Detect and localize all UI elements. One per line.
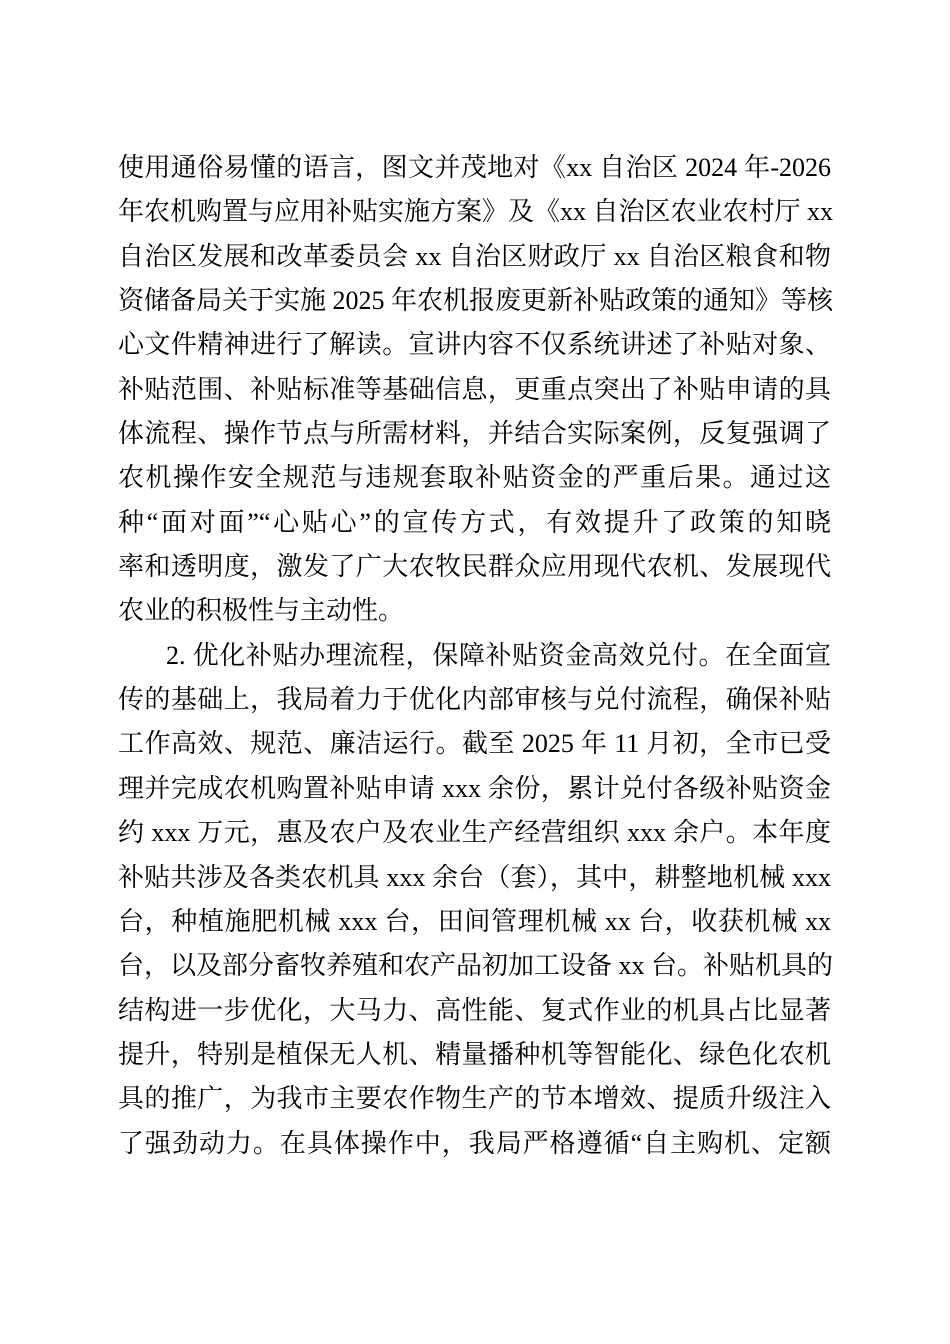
text-line: 种“面对面”“心贴心”的宣传方式，有效提升了政策的知晓 (118, 501, 831, 545)
document-page: 使用通俗易懂的语言，图文并茂地对《xx 自治区 2024 年-2026年农机购置… (0, 0, 950, 1344)
document-body: 使用通俗易懂的语言，图文并茂地对《xx 自治区 2024 年-2026年农机购置… (118, 146, 831, 1166)
text-line: 心文件精神进行了解读。宣讲内容不仅系统讲述了补贴对象、 (118, 323, 831, 367)
text-line: 2. 优化补贴办理流程，保障补贴资金高效兑付。在全面宣 (118, 634, 831, 678)
paragraph: 使用通俗易懂的语言，图文并茂地对《xx 自治区 2024 年-2026年农机购置… (118, 146, 831, 634)
text-line: 补贴范围、补贴标准等基础信息，更重点突出了补贴申请的具 (118, 368, 831, 412)
text-line: 台，以及部分畜牧养殖和农产品初加工设备 xx 台。补贴机具的 (118, 944, 831, 988)
text-line: 资储备局关于实施 2025 年农机报废更新补贴政策的通知》等核 (118, 279, 831, 323)
text-line: 农业的积极性与主动性。 (118, 589, 831, 633)
text-line: 台，种植施肥机械 xxx 台，田间管理机械 xx 台，收获机械 xx (118, 900, 831, 944)
text-line: 年农机购置与应用补贴实施方案》及《xx 自治区农业农村厅 xx (118, 190, 831, 234)
text-line: 补贴共涉及各类农机具 xxx 余台（套），其中，耕整地机械 xxx (118, 856, 831, 900)
text-line: 农机操作安全规范与违规套取补贴资金的严重后果。通过这 (118, 456, 831, 500)
text-line: 率和透明度，激发了广大农牧民群众应用现代农机、发展现代 (118, 545, 831, 589)
text-line: 提升，特别是植保无人机、精量播种机等智能化、绿色化农机 (118, 1033, 831, 1077)
text-line: 结构进一步优化，大马力、高性能、复式作业的机具占比显著 (118, 989, 831, 1033)
text-line: 使用通俗易懂的语言，图文并茂地对《xx 自治区 2024 年-2026 (118, 146, 831, 190)
text-line: 体流程、操作节点与所需材料，并结合实际案例，反复强调了 (118, 412, 831, 456)
paragraph: 2. 优化补贴办理流程，保障补贴资金高效兑付。在全面宣传的基础上，我局着力于优化… (118, 634, 831, 1166)
text-line: 自治区发展和改革委员会 xx 自治区财政厅 xx 自治区粮食和物 (118, 235, 831, 279)
text-line: 具的推广，为我市主要农作物生产的节本增效、提质升级注入 (118, 1077, 831, 1121)
text-line: 传的基础上，我局着力于优化内部审核与兑付流程，确保补贴 (118, 678, 831, 722)
text-line: 约 xxx 万元，惠及农户及农业生产经营组织 xxx 余户。本年度 (118, 811, 831, 855)
text-line: 理并完成农机购置补贴申请 xxx 余份，累计兑付各级补贴资金 (118, 767, 831, 811)
text-line: 了强劲动力。在具体操作中，我局严格遵循“自主购机、定额 (118, 1122, 831, 1166)
text-line: 工作高效、规范、廉洁运行。截至 2025 年 11 月初，全市已受 (118, 722, 831, 766)
